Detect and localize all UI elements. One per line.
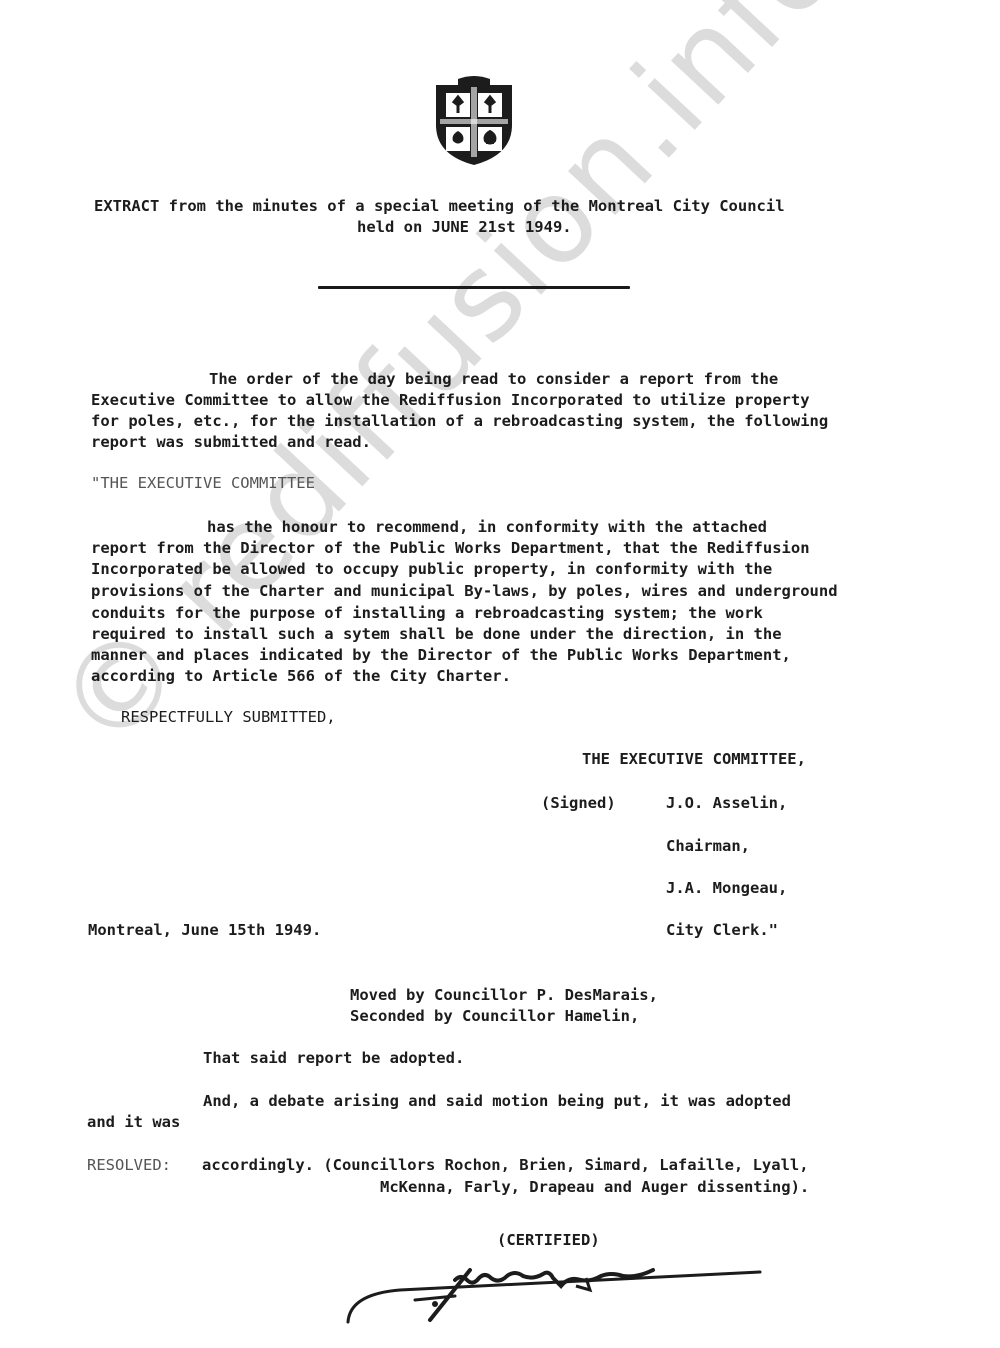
resolved-label: RESOLVED:	[87, 1155, 171, 1176]
recommendation-line: Incorporated be allowed to occupy public…	[91, 559, 772, 580]
resolution-line: accordingly. (Councillors Rochon, Brien,…	[202, 1155, 809, 1176]
recommendation-line: provisions of the Charter and municipal …	[91, 581, 838, 602]
recommendation-line: manner and places indicated by the Direc…	[91, 645, 791, 666]
document-page: © rediffusion.info EXTRACT from the minu…	[0, 0, 1000, 1348]
respectfully-submitted: RESPECTFULLY SUBMITTED,	[121, 707, 336, 728]
debate-line: And, a debate arising and said motion be…	[203, 1091, 791, 1112]
section-divider	[318, 286, 630, 289]
recommendation-line: conduits for the purpose of installing a…	[91, 603, 763, 624]
committee-heading: "THE EXECUTIVE COMMITTEE	[91, 473, 315, 494]
certified-label: (CERTIFIED)	[497, 1230, 600, 1251]
montreal-coat-of-arms-icon	[428, 75, 520, 167]
header-title-line2: held on JUNE 21st 1949.	[357, 217, 572, 238]
signatory-name-chairman: J.O. Asselin,	[666, 793, 787, 814]
intro-line: Executive Committee to allow the Rediffu…	[91, 390, 810, 411]
recommendation-line: required to install such a sytem shall b…	[91, 624, 782, 645]
document-content: EXTRACT from the minutes of a special me…	[0, 0, 1000, 1348]
seconded-by: Seconded by Councillor Hamelin,	[350, 1006, 639, 1027]
recommendation-line: according to Article 566 of the City Cha…	[91, 666, 511, 687]
moved-by: Moved by Councillor P. DesMarais,	[350, 985, 658, 1006]
committee-signatory: THE EXECUTIVE COMMITTEE,	[582, 749, 806, 770]
signatory-title-clerk: City Clerk."	[666, 920, 778, 941]
resolution-line: McKenna, Farly, Drapeau and Auger dissen…	[380, 1177, 809, 1198]
recommendation-line: has the honour to recommend, in conformi…	[207, 517, 767, 538]
motion-text: That said report be adopted.	[203, 1048, 464, 1069]
intro-line: The order of the day being read to consi…	[209, 369, 778, 390]
debate-line: and it was	[87, 1112, 180, 1133]
header-title-line1: EXTRACT from the minutes of a special me…	[94, 196, 785, 217]
intro-line: report was submitted and read.	[91, 432, 371, 453]
recommendation-line: report from the Director of the Public W…	[91, 538, 810, 559]
signatory-title-chairman: Chairman,	[666, 836, 750, 857]
handwritten-signature-icon	[340, 1250, 780, 1330]
signatory-name-clerk: J.A. Mongeau,	[666, 878, 787, 899]
intro-line: for poles, etc., for the installation of…	[91, 411, 828, 432]
report-date: Montreal, June 15th 1949.	[88, 920, 321, 941]
signed-label: (Signed)	[541, 793, 616, 814]
